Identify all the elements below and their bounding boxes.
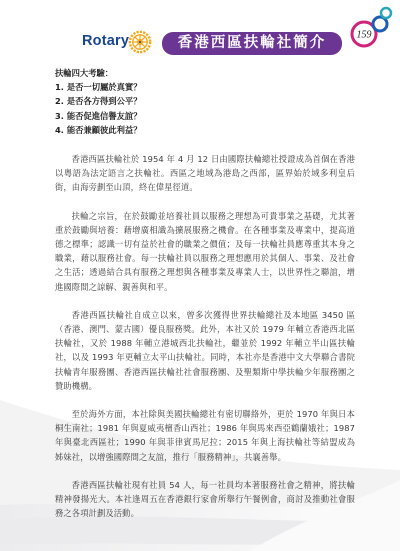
rotary-logo-text: Rotary xyxy=(82,33,129,49)
four-way-test: 扶輪四大考驗： 1. 是否一切屬於真實？ 2. 是否各方得到公平？ 3. 能否促… xyxy=(55,66,355,137)
paragraph-sister-clubs: 至於海外方面，本社除與美國扶輪總社有密切聯絡外，更於 1970 年與日本桐生南社… xyxy=(55,407,355,464)
rotary-wheel-icon xyxy=(128,30,152,54)
badge-number: 159 xyxy=(357,30,372,41)
paragraph-object-of-rotary: 扶輪之宗旨，在於鼓勵並培養社員以服務之理想為可貴事業之基礎，尤其著重於鼓勵與培養… xyxy=(55,209,355,294)
article-body: 扶輪四大考驗： 1. 是否一切屬於真實？ 2. 是否各方得到公平？ 3. 能否促… xyxy=(55,66,355,534)
paragraph-history: 香港西區扶輪社於 1954 年 4 月 12 日由國際扶輪總社授證成為首個在香港… xyxy=(55,152,355,195)
four-way-test-item: 2. 是否各方得到公平？ xyxy=(55,94,355,108)
page-header: Rotary 香港西區扶輪社簡介 159 xyxy=(0,0,400,62)
four-way-test-item: 4. 能否兼顧彼此利益？ xyxy=(55,123,355,137)
anniversary-159-badge: 159 xyxy=(350,6,396,50)
paragraph-membership-meetings: 香港西區扶輪社現有社員 54 人，每一社員均本著服務社會之精神，將扶輪精神發揚光… xyxy=(55,478,355,521)
paragraph-awards-sponsored-clubs: 香港西區扶輪社自成立以來，曾多次獲得世界扶輪總社及本地區 3450 區（香港、澳… xyxy=(55,308,355,393)
four-way-test-item: 1. 是否一切屬於真實？ xyxy=(55,80,355,94)
four-way-test-title: 扶輪四大考驗： xyxy=(55,66,355,80)
page-title-banner: 香港西區扶輪社簡介 xyxy=(162,32,342,55)
four-way-test-item: 3. 能否促進信譽友誼？ xyxy=(55,109,355,123)
